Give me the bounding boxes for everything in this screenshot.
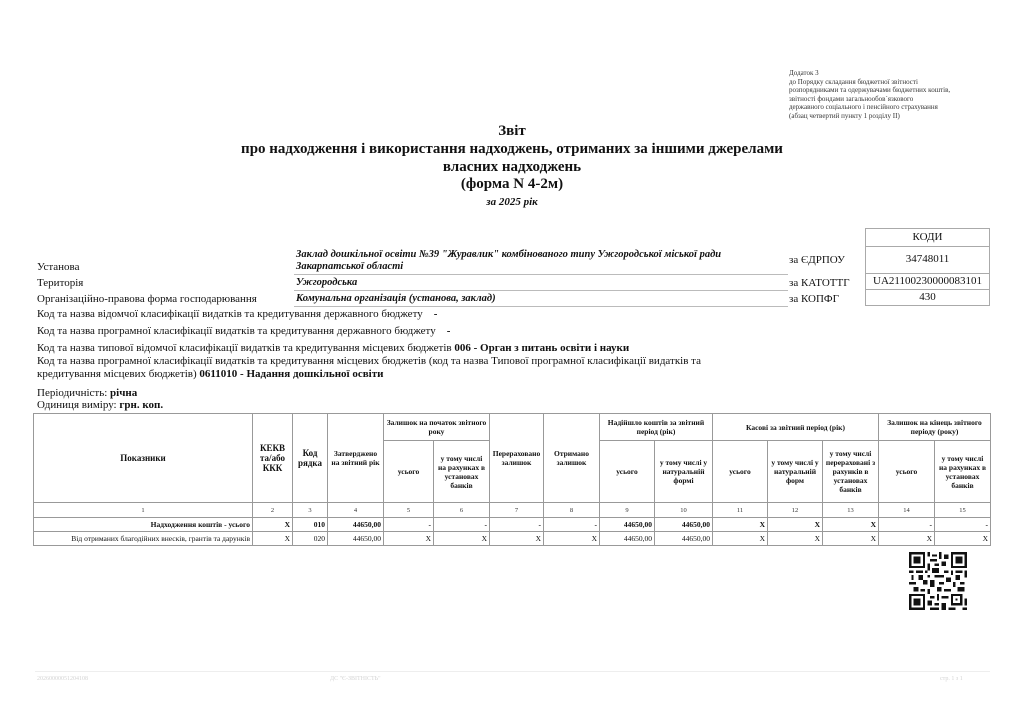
- appendix-line: звітності фондами загальнообов`язкового: [789, 95, 999, 104]
- row-balance-end-total: -: [879, 518, 935, 532]
- appendix-line: до Порядку складання бюджетної звітності: [789, 78, 999, 87]
- row-cash-transferred: X: [823, 518, 879, 532]
- report-subtitle-2: власних надходжень: [0, 159, 1024, 176]
- row-balance-start-banks: -: [434, 518, 490, 532]
- institution-underline: [294, 274, 788, 275]
- report-table: Показники КЕКВ та/або ККК Код рядка Затв…: [33, 413, 991, 546]
- territory-underline: [294, 290, 788, 291]
- territory-label: Територія: [37, 277, 83, 289]
- periodicity: Періодичність: річна: [37, 387, 137, 399]
- local-prog-label-2: кредитування місцевих бюджетів): [37, 368, 197, 380]
- row-balance-start-total: X: [384, 532, 434, 546]
- col-num: 13: [823, 503, 879, 518]
- header-transferred: Перераховано залишок: [490, 414, 544, 503]
- territory-value: Ужгородська: [296, 277, 357, 288]
- periodicity-value: річна: [110, 387, 137, 399]
- report-form: (форма N 4-2м): [0, 176, 1024, 193]
- col-num: 15: [935, 503, 991, 518]
- col-num: 8: [544, 503, 600, 518]
- table-row: Від отриманих благодійних внесків, грант…: [34, 532, 991, 546]
- header-income: Надійшло коштів за звітний період (рік): [600, 414, 713, 441]
- report-subtitle: про надходження і використання надходжен…: [0, 141, 1024, 158]
- row-received-balance: -: [544, 518, 600, 532]
- header-balance-end-total: усього: [879, 441, 935, 503]
- row-kekv: X: [253, 518, 293, 532]
- unit: Одиниця виміру: грн. коп.: [37, 399, 163, 411]
- header-approved: Затверджено на звітний рік: [328, 414, 384, 503]
- row-cash-natural: X: [768, 532, 823, 546]
- state-dept-classification: Код та назва відомчої класифікації видат…: [37, 308, 437, 320]
- row-cash-total: X: [713, 518, 768, 532]
- periodicity-label: Періодичність:: [37, 387, 107, 399]
- row-transferred: X: [490, 532, 544, 546]
- header-indicators: Показники: [34, 414, 253, 503]
- appendix-note: Додаток 3 до Порядку складання бюджетної…: [789, 69, 999, 121]
- row-balance-start-banks: X: [434, 532, 490, 546]
- col-num: 2: [253, 503, 293, 518]
- row-kekv: X: [253, 532, 293, 546]
- row-code: 020: [293, 532, 328, 546]
- col-num: 7: [490, 503, 544, 518]
- row-approved: 44650,00: [328, 518, 384, 532]
- kopfg-label: за КОПФГ: [789, 293, 839, 305]
- col-num: 6: [434, 503, 490, 518]
- col-num: 12: [768, 503, 823, 518]
- row-received-balance: X: [544, 532, 600, 546]
- col-num: 4: [328, 503, 384, 518]
- footer-system: ДС "Є-ЗВІТНІСТЬ": [330, 676, 381, 682]
- row-income-natural: 44650,00: [655, 532, 713, 546]
- local-prog-label: Код та назва програмної класифікації вид…: [37, 355, 701, 367]
- katottg-label: за КАТОТТГ: [789, 277, 850, 289]
- column-numbers-row: 1 2 3 4 5 6 7 8 9 10 11 12 13 14 15: [34, 503, 991, 518]
- appendix-line: державного соціального і пенсійного стра…: [789, 103, 999, 112]
- local-dept-label: Код та назва типової відомчої класифікац…: [37, 342, 452, 354]
- org-form-value: Комунальна організація (установа, заклад…: [296, 293, 496, 304]
- row-indicator: Надходження коштів - усього: [34, 518, 253, 532]
- report-title: Звіт: [0, 123, 1024, 140]
- unit-label: Одиниця виміру:: [37, 399, 117, 411]
- header-balance-end: Залишок на кінець звітного періоду (року…: [879, 414, 991, 441]
- institution-name: Заклад дошкільної освіти №39 "Журавлик" …: [296, 249, 721, 260]
- header-cash-natural: у тому числі у натуральній форм: [768, 441, 823, 503]
- col-num: 10: [655, 503, 713, 518]
- header-kekv: КЕКВ та/або ККК: [253, 414, 293, 503]
- row-balance-end-banks: X: [935, 532, 991, 546]
- appendix-line: Додаток 3: [789, 69, 999, 78]
- header-cash: Касові за звітний період (рік): [713, 414, 879, 441]
- qr-code-icon: [909, 552, 967, 610]
- col-num: 1: [34, 503, 253, 518]
- local-dept-value: 006 - Орган з питань освіти і науки: [454, 342, 629, 354]
- state-prog-classification: Код та назва програмної класифікації вид…: [37, 325, 450, 337]
- header-received-balance: Отримано залишок: [544, 414, 600, 503]
- table-row: Надходження коштів - усього X 010 44650,…: [34, 518, 991, 532]
- row-transferred: -: [490, 518, 544, 532]
- row-cash-total: X: [713, 532, 768, 546]
- row-income-total: 44650,00: [600, 518, 655, 532]
- katottg-code: UA21100230000083101: [865, 274, 990, 290]
- state-prog-value: -: [447, 325, 451, 337]
- row-indicator: Від отриманих благодійних внесків, грант…: [34, 532, 253, 546]
- state-dept-value: -: [434, 308, 438, 320]
- local-prog-value: 0611010 - Надання дошкільної освіти: [199, 368, 383, 380]
- row-income-total: 44650,00: [600, 532, 655, 546]
- header-cash-total: усього: [713, 441, 768, 503]
- unit-value: грн. коп.: [119, 399, 163, 411]
- kopfg-code: 430: [865, 290, 990, 306]
- header-row-code: Код рядка: [293, 414, 328, 503]
- header-balance-start-banks: у тому числі на рахунках в установах бан…: [434, 441, 490, 503]
- footer-page: стр. 1 з 1: [940, 676, 963, 682]
- org-form-label: Організаційно-правова форма господарюван…: [37, 293, 257, 305]
- org-form-underline: [294, 306, 788, 307]
- row-balance-start-total: -: [384, 518, 434, 532]
- local-dept-classification: Код та назва типової відомчої класифікац…: [37, 342, 629, 354]
- report-period: за 2025 рік: [0, 196, 1024, 208]
- local-prog-classification: Код та назва програмної класифікації вид…: [37, 355, 701, 367]
- header-cash-transferred: у тому числі перераховані з рахунків в у…: [823, 441, 879, 503]
- col-num: 14: [879, 503, 935, 518]
- edrpou-code: 34748011: [865, 246, 990, 274]
- row-cash-transferred: X: [823, 532, 879, 546]
- appendix-line: розпорядниками та одержувачами бюджетних…: [789, 86, 999, 95]
- row-balance-end-banks: -: [935, 518, 991, 532]
- institution-label: Установа: [37, 261, 80, 273]
- col-num: 5: [384, 503, 434, 518]
- appendix-line: (абзац четвертий пункту 1 розділу II): [789, 112, 999, 121]
- row-cash-natural: X: [768, 518, 823, 532]
- header-balance-start: Залишок на початок звітного року: [384, 414, 490, 441]
- col-num: 11: [713, 503, 768, 518]
- header-balance-start-total: усього: [384, 441, 434, 503]
- state-dept-label: Код та назва відомчої класифікації видат…: [37, 308, 423, 320]
- row-approved: 44650,00: [328, 532, 384, 546]
- row-balance-end-total: X: [879, 532, 935, 546]
- row-income-natural: 44650,00: [655, 518, 713, 532]
- institution-name-2: Закарпатської області: [296, 261, 403, 272]
- row-code: 010: [293, 518, 328, 532]
- col-num: 3: [293, 503, 328, 518]
- header-income-natural: у тому числі у натуральній формі: [655, 441, 713, 503]
- state-prog-label: Код та назва програмної класифікації вид…: [37, 325, 436, 337]
- header-balance-end-banks: у тому числі на рахунках в установах бан…: [935, 441, 991, 503]
- edrpou-label: за ЄДРПОУ: [789, 254, 845, 266]
- footer-divider: [35, 671, 990, 672]
- codes-header: КОДИ: [865, 228, 990, 247]
- footer-doc-id: 20260000051204108: [37, 676, 88, 682]
- local-prog-classification-2: кредитування місцевих бюджетів) 0611010 …: [37, 368, 383, 380]
- header-income-total: усього: [600, 441, 655, 503]
- col-num: 9: [600, 503, 655, 518]
